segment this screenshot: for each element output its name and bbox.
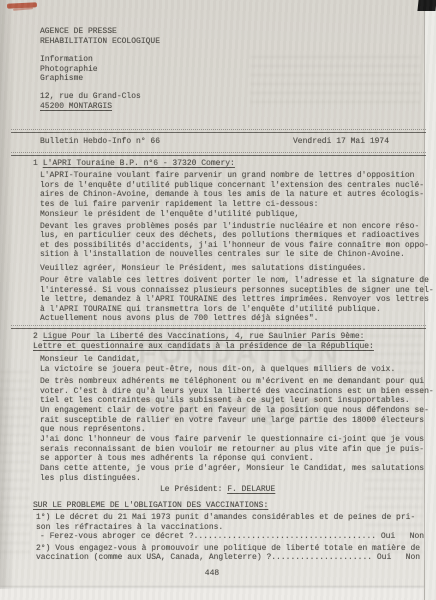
bulletin-title: Bulletin Hebdo-Info n° 66 [40,137,160,147]
signature-line: Le Président: F. DELARUE [160,485,275,495]
section2-title: Ligue Pour la Liberté des Vaccinations, … [43,332,365,341]
horizontal-rule [11,325,426,329]
section1-title: L'APRI Touraine B.P. n°6 - 37320 Comery: [43,159,235,168]
signature-label: Le Président: [160,485,227,494]
section1-salutation: Monsieur le président de l'enquête d'uti… [40,210,299,220]
horizontal-rule [11,152,426,156]
section1-paragraph: Pour être valable ces lettres doivent po… [40,276,434,324]
section2-subtitle: Lettre et questionnaire aux candidats à … [33,342,374,352]
agency-name: AGENCE DE PRESSE REHABILITATION ECOLOGIQ… [40,27,160,46]
section2-paragraph: De très nombreux adhérents me téléphonen… [40,377,434,406]
questionnaire-title: SUR LE PROBLEME DE L'OBLIGATION DES VACC… [33,501,268,511]
paper-left-shadow [0,0,14,600]
section2-opening: La victoire se jouera peut-être, nous di… [40,365,395,375]
section1-paragraph: Devant les graves problèmes posés par l'… [40,222,429,260]
agency-services: Information Photographie Graphisme [40,55,98,84]
section2-heading: 2Ligue Pour la Liberté des Vaccinations,… [33,332,364,342]
section2-number: 2 [33,332,38,341]
questionnaire-q1: 1°) Le décret du 21 Mai 1973 punit d'ama… [36,513,415,532]
agency-address-street: 12, rue du Grand-Clos [40,92,141,102]
questionnaire-q2: 2°) Vous engagez-vous à promouvoir une p… [36,544,420,563]
ink-bleedthrough-smudge [250,50,420,110]
bulletin-date: Vendredi 17 Mai 1974 [293,137,389,147]
signature-name: F. DELARUE [227,485,275,494]
section2-salutation: Monsieur le Candidat, [40,355,141,365]
section2-paragraph: Dans cette attente, je vous prie d'agrée… [40,464,424,483]
section2-paragraph: Un engagement clair de votre part en fav… [40,406,429,435]
agency-address-city: 45200 MONTARGIS [40,102,112,112]
page-number: 448 [0,569,424,579]
scan-corner-black [417,0,436,11]
section1-number: 1 [33,159,38,168]
paper-bottom-edge [0,589,424,600]
section1-paragraph: L'APRI-Touraine voulant faire parvenir u… [40,171,424,209]
section2-paragraph: J'ai donc l'honneur de vous faire parven… [40,435,424,464]
section1-closing: Veuillez agréer, Monsieur le Président, … [40,264,366,274]
scanned-bulletin-page: FONDATION POLITIQUE AGENCE DE PRESSE REH… [0,0,436,600]
questionnaire-q1-answer: - Ferez-vous abroger ce décret ?........… [40,532,424,542]
red-pen-mark-faint [13,7,33,11]
horizontal-rule [11,129,426,133]
section1-heading: 1L'APRI Touraine B.P. n°6 - 37320 Comery… [33,159,235,169]
